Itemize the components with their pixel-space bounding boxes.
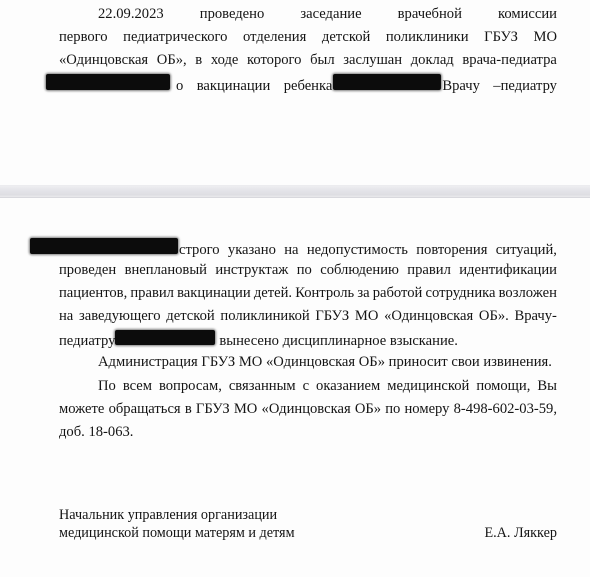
phone-extension: доб. 18-063. bbox=[59, 423, 133, 441]
paragraph-line: проведен внеплановый инструктаж по соблю… bbox=[59, 261, 557, 279]
redaction-bar bbox=[115, 330, 215, 345]
redaction-bar bbox=[46, 74, 170, 90]
signatory-title-line-1: Начальник управления организации bbox=[59, 506, 277, 524]
phone-number: 8-498-602-03-59, bbox=[454, 400, 557, 418]
apology-text: Администрация ГБУЗ МО «Одинцовская ОБ» п… bbox=[98, 353, 557, 371]
paragraph-line: можете обращаться в ГБУЗ МО «Одинцовская… bbox=[59, 400, 557, 418]
redaction-bar bbox=[333, 74, 441, 90]
redaction-bar bbox=[30, 238, 178, 254]
document-page-1: 22.09.2023 проведено заседание врачебной… bbox=[0, 0, 590, 185]
signatory-name: Е.А. Ляккер bbox=[484, 524, 557, 542]
paragraph-line: строго указано на недопустимость повторе… bbox=[30, 238, 557, 259]
paragraph-line: на заведующего детской поликлиникой ГБУЗ… bbox=[59, 307, 557, 325]
page-separator bbox=[0, 185, 590, 198]
date-text: 22.09.2023 bbox=[98, 5, 164, 23]
paragraph-line: доб. 18-063. bbox=[59, 423, 557, 441]
paragraph-line: «Одинцовская ОБ», в ходе которого был за… bbox=[59, 51, 557, 69]
paragraph-line: первого педиатрического отделения детско… bbox=[59, 28, 557, 46]
document-page-2: строго указано на недопустимость повторе… bbox=[0, 198, 590, 577]
paragraph-line: По всем вопросам, связанным с оказанием … bbox=[98, 377, 557, 395]
paragraph-line: о вакцинации ребенка Врачу –педиатру bbox=[46, 74, 557, 95]
signatory-title-line-2: медицинской помощи матерям и детям bbox=[59, 524, 295, 542]
paragraph-line: пациентов, правил вакцинации детей. Конт… bbox=[59, 284, 557, 302]
paragraph-line: 22.09.2023 проведено заседание врачебной… bbox=[98, 5, 557, 23]
paragraph-line: педиатру вынесено дисциплинарное взыскан… bbox=[59, 330, 557, 350]
